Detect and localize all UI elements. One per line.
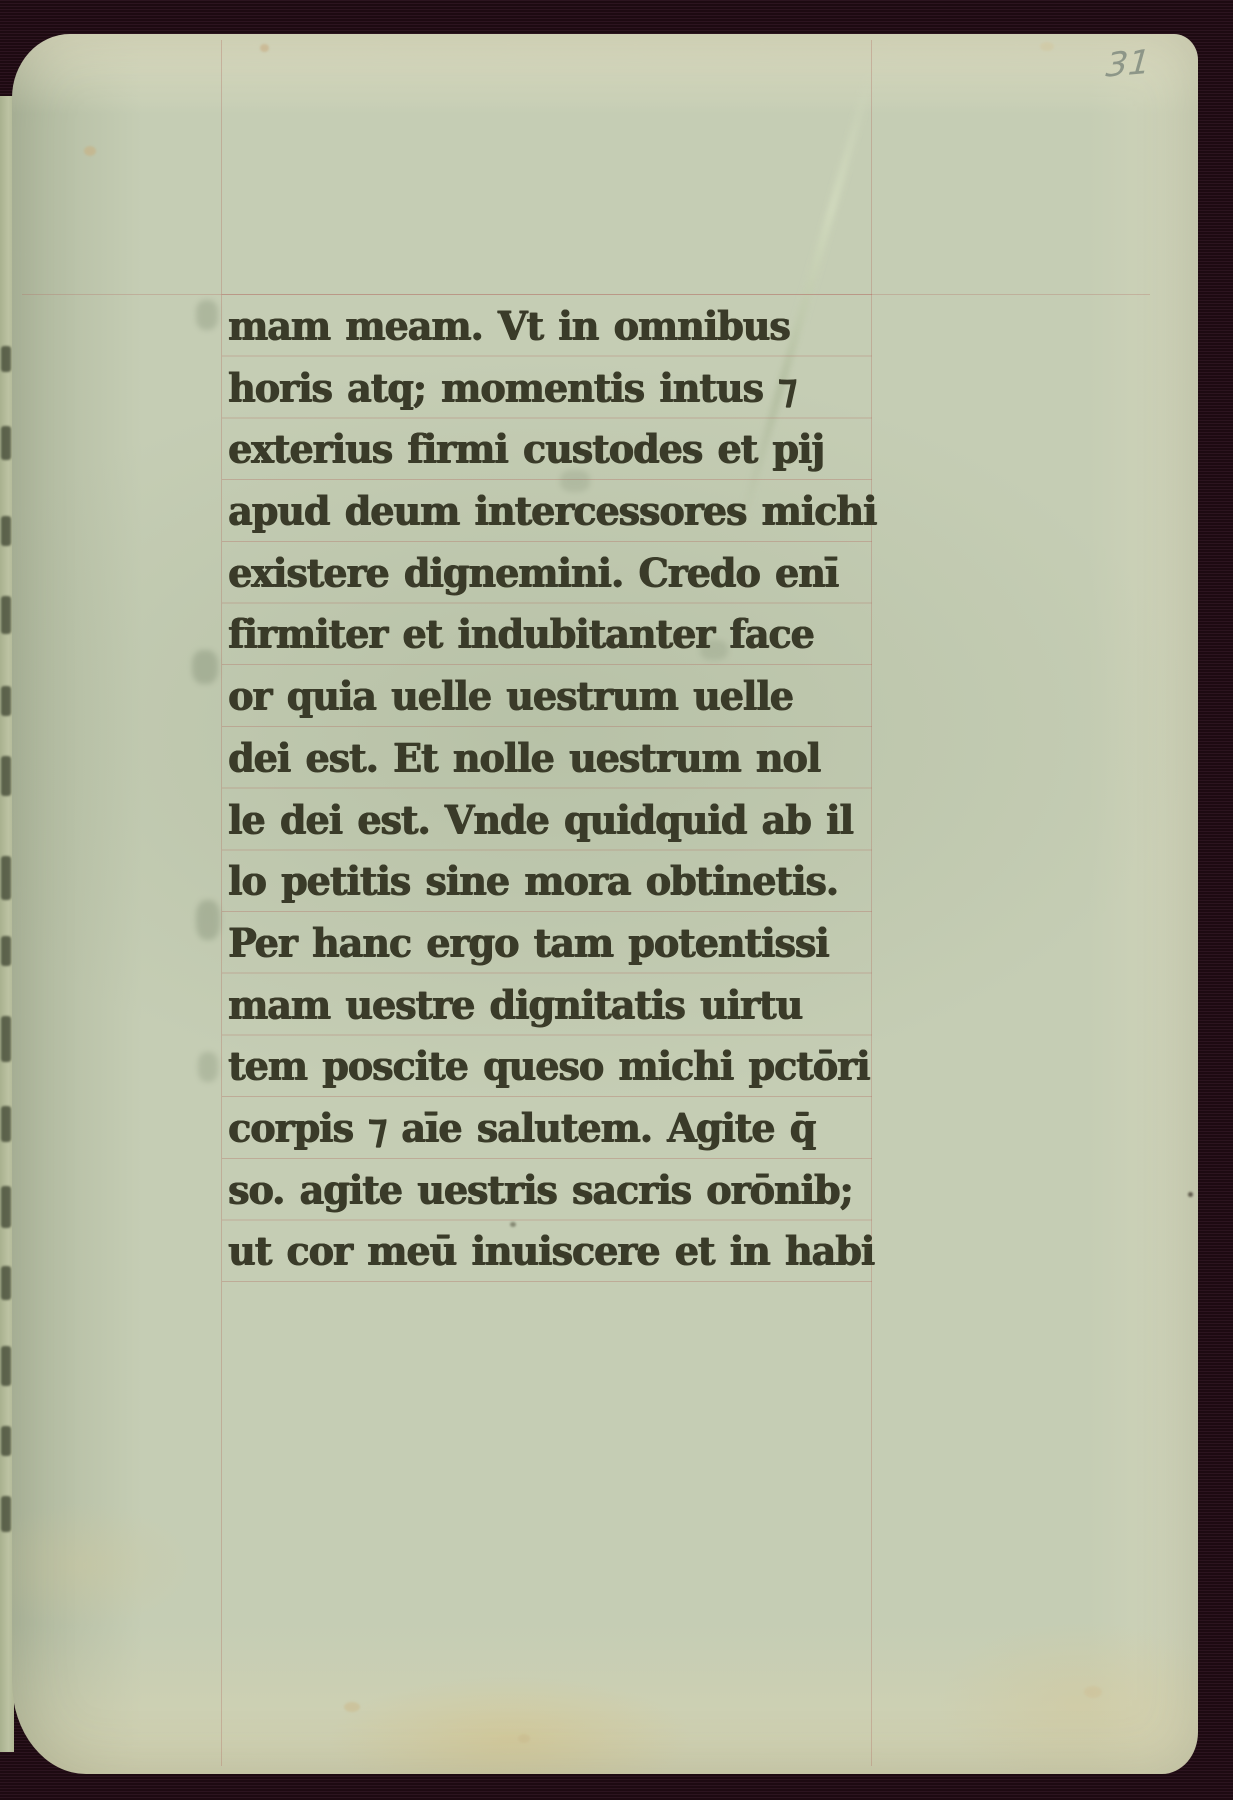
foxing-spot <box>1084 1686 1102 1698</box>
showthrough-fragment <box>1 1426 11 1456</box>
text-line-16: ut cor meū inuiscere et in habi <box>228 1219 828 1283</box>
foxing-spot <box>344 1702 360 1712</box>
showthrough-fragment <box>1 1496 11 1532</box>
text-line-6: firmiter et indubitanter face <box>228 602 828 666</box>
showthrough-fragment <box>1 1266 11 1300</box>
text-line-11: Per hanc ergo tam potentissi <box>228 911 828 975</box>
text-line-5: existere dignemini. Credo enī <box>228 541 828 605</box>
showthrough-fragment <box>1 1016 11 1062</box>
text-block: mam meam. Vt in omnibus horis atq; momen… <box>228 295 828 1282</box>
showthrough-fragment <box>1 596 11 634</box>
text-line-8: dei est. Et nolle uestrum nol <box>228 726 828 790</box>
ink-speck <box>1188 1192 1193 1197</box>
text-line-7: or quia uelle uestrum uelle <box>228 664 828 728</box>
showthrough-fragment <box>1 1106 11 1142</box>
showthrough-fragment <box>1 346 11 372</box>
showthrough-ghost <box>196 900 220 940</box>
showthrough-fragment <box>1 426 11 460</box>
text-line-10: lo petitis sine mora obtinetis. <box>228 849 828 913</box>
showthrough-fragment <box>1 1346 11 1386</box>
showthrough-fragment <box>1 1186 11 1228</box>
foxing-spot <box>518 1734 530 1743</box>
showthrough-fragment <box>1 936 11 966</box>
text-line-3: exterius firmi custodes et pij <box>228 417 828 481</box>
text-line-13: tem poscite queso michi pctōri <box>228 1034 828 1098</box>
scan-backdrop: { "manuscript": { "folio_number": "31", … <box>0 0 1233 1800</box>
foxing-spot <box>260 44 269 52</box>
showthrough-fragment <box>1 516 11 546</box>
text-line-1: mam meam. Vt in omnibus <box>228 294 828 358</box>
text-line-14: corpis ⁊ aīe salutem. Agite q̄ <box>228 1096 828 1160</box>
showthrough-fragment <box>1 756 11 796</box>
foxing-spot <box>84 146 96 156</box>
showthrough-fragment <box>1 686 11 716</box>
text-line-9: le dei est. Vnde quidquid ab il <box>228 787 828 851</box>
foxing-spot <box>1040 42 1054 51</box>
showthrough-ghost <box>198 1052 218 1082</box>
showthrough-ghost <box>192 650 218 684</box>
text-line-12: mam uestre dignitatis uirtu <box>228 972 828 1036</box>
text-line-15: so. agite uestris sacris orōnib; <box>228 1157 828 1221</box>
showthrough-ghost <box>196 300 218 330</box>
text-line-4: apud deum intercessores michi <box>228 479 828 543</box>
text-line-2: horis atq; momentis intus ⁊ <box>228 355 828 419</box>
showthrough-fragment <box>1 856 11 900</box>
